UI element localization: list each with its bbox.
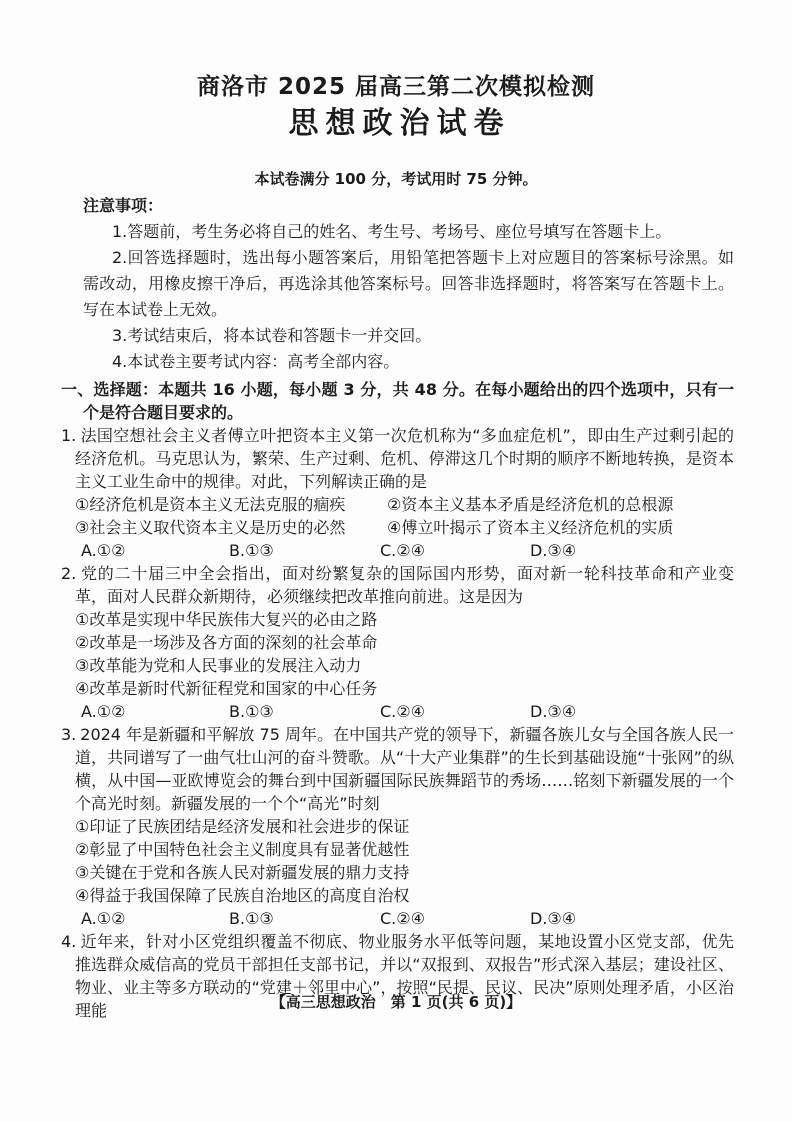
page-title: 商洛市 2025 届高三第二次模拟检测 [0,72,792,103]
option-item-1: ①印证了民族团结是经济发展和社会进步的保证 [75,815,734,838]
notice-item-1: 1.答题前，考生务必将自己的姓名、考生号、考场号、座位号填写在答题卡上。 [83,219,734,245]
choice-b: B.①③ [229,700,380,723]
choice-c: C.②④ [380,539,530,562]
section-heading: 一、选择题：本题共 16 小题，每小题 3 分，共 48 分。在每小题给出的四个… [61,378,734,424]
notice-item-4: 4.本试卷主要考试内容：高考全部内容。 [83,349,734,375]
choice-b: B.①③ [229,539,380,562]
choice-d: D.③④ [530,539,576,562]
notice-item-2: 2.回答选择题时，选出每小题答案后，用铅笔把答题卡上对应题目的答案标号涂黑。如需… [83,245,734,323]
choice-d: D.③④ [530,700,576,723]
option-item-2: ②改革是一场涉及各方面的深刻的社会革命 [75,631,734,654]
question-3: 3.2024 年是新疆和平解放 75 周年。在中国共产党的领导下，新疆各族儿女与… [61,723,734,930]
question-1-stem-text: 法国空想社会主义者傅立叶把资本主义第一次危机称为“多血症危机”，即由生产过剩引起… [75,426,734,491]
option-item-3: ③改革能为党和人民事业的发展注入动力 [75,654,734,677]
question-3-number: 3. [61,725,76,744]
exam-info-line: 本试卷满分 100 分，考试用时 75 分钟。 [0,169,792,189]
option-item-3: ③关键在于党和各族人民对新疆发展的鼎力支持 [75,861,734,884]
option-item-1: ①改革是实现中华民族伟大复兴的必由之路 [75,608,734,631]
notices-section: 注意事项： 1.答题前，考生务必将自己的姓名、考生号、考场号、座位号填写在答题卡… [83,193,734,375]
question-2-stem-text: 党的二十届三中全会指出，面对纷繁复杂的国际国内形势，面对新一轮科技革命和产业变革… [75,564,734,606]
exam-paper-page: 商洛市 2025 届高三第二次模拟检测 思想政治试卷 本试卷满分 100 分，考… [0,0,792,1121]
question-1-stem: 1.法国空想社会主义者傅立叶把资本主义第一次危机称为“多血症危机”，即由生产过剩… [61,424,734,493]
question-2-options: ①改革是实现中华民族伟大复兴的必由之路 ②改革是一场涉及各方面的深刻的社会革命 … [61,608,734,700]
notice-item-3: 3.考试结束后，将本试卷和答题卡一并交回。 [83,323,734,349]
paper-subject-title: 思想政治试卷 [0,103,792,145]
question-1: 1.法国空想社会主义者傅立叶把资本主义第一次危机称为“多血症危机”，即由生产过剩… [61,424,734,562]
choice-a: A.①② [81,700,229,723]
question-3-stem-text: 2024 年是新疆和平解放 75 周年。在中国共产党的领导下，新疆各族儿女与全国… [75,725,734,813]
question-4-number: 4. [61,932,76,951]
choice-a: A.①② [81,539,229,562]
question-2-number: 2. [61,564,76,583]
question-1-options: ①经济危机是资本主义无法克服的痼疾 ②资本主义基本矛盾是经济危机的总根源 ③社会… [61,493,734,539]
option-item-2: ②彰显了中国特色社会主义制度具有显著优越性 [75,838,734,861]
page-footer: 【高三思想政治 第 1 页(共 6 页)】 [0,992,792,1012]
choice-b: B.①③ [229,907,380,930]
option-item-4: ④傅立叶揭示了资本主义经济危机的实质 [387,516,734,539]
choice-a: A.①② [81,907,229,930]
question-2: 2.党的二十届三中全会指出，面对纷繁复杂的国际国内形势，面对新一轮科技革命和产业… [61,562,734,723]
option-item-4: ④得益于我国保障了民族自治地区的高度自治权 [75,884,734,907]
notices-heading: 注意事项： [83,193,734,219]
multiple-choice-section: 一、选择题：本题共 16 小题，每小题 3 分，共 48 分。在每小题给出的四个… [61,378,734,1022]
question-3-options: ①印证了民族团结是经济发展和社会进步的保证 ②彰显了中国特色社会主义制度具有显著… [61,815,734,907]
option-item-1: ①经济危机是资本主义无法克服的痼疾 [75,493,387,516]
paper-header: 商洛市 2025 届高三第二次模拟检测 思想政治试卷 本试卷满分 100 分，考… [0,72,792,189]
choice-d: D.③④ [530,907,576,930]
question-1-number: 1. [61,426,76,445]
question-1-answer-choices: A.①② B.①③ C.②④ D.③④ [61,539,734,562]
choice-c: C.②④ [380,907,530,930]
question-2-stem: 2.党的二十届三中全会指出，面对纷繁复杂的国际国内形势，面对新一轮科技革命和产业… [61,562,734,608]
option-item-4: ④改革是新时代新征程党和国家的中心任务 [75,677,734,700]
question-2-answer-choices: A.①② B.①③ C.②④ D.③④ [61,700,734,723]
choice-c: C.②④ [380,700,530,723]
question-3-answer-choices: A.①② B.①③ C.②④ D.③④ [61,907,734,930]
question-3-stem: 3.2024 年是新疆和平解放 75 周年。在中国共产党的领导下，新疆各族儿女与… [61,723,734,815]
option-item-2: ②资本主义基本矛盾是经济危机的总根源 [387,493,734,516]
option-item-3: ③社会主义取代资本主义是历史的必然 [75,516,387,539]
